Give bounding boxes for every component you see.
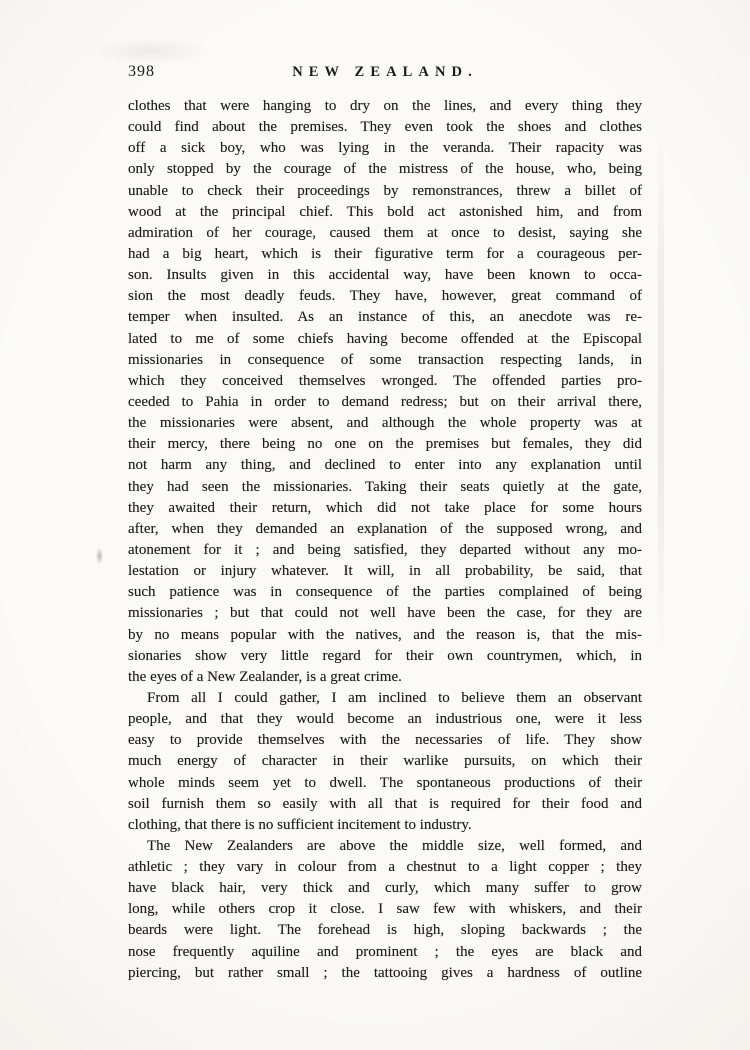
text-line: piercing, but rather small ; the tattooi… bbox=[128, 963, 642, 984]
text-line: people, and that they would become an in… bbox=[128, 709, 642, 730]
text-line: temper when insulted. As an instance of … bbox=[128, 307, 642, 328]
text-line: sion the most deadly feuds. They have, h… bbox=[128, 286, 642, 307]
text-line: could find about the premises. They even… bbox=[128, 117, 642, 138]
text-body: clothes that were hanging to dry on the … bbox=[128, 96, 642, 984]
scanned-book-page: 398 NEW ZEALAND. clothes that were hangi… bbox=[0, 0, 750, 1050]
text-line: easy to provide themselves with the nece… bbox=[128, 730, 642, 751]
text-line: soil furnish them so easily with all tha… bbox=[128, 794, 642, 815]
text-line: after, when they demanded an explanation… bbox=[128, 519, 642, 540]
text-line: lated to me of some chiefs having become… bbox=[128, 329, 642, 350]
text-line: have black hair, very thick and curly, w… bbox=[128, 878, 642, 899]
text-line: From all I could gather, I am inclined t… bbox=[128, 688, 642, 709]
text-line: clothes that were hanging to dry on the … bbox=[128, 96, 642, 117]
text-line: athletic ; they vary in colour from a ch… bbox=[128, 857, 642, 878]
text-line: had a big heart, which is their figurati… bbox=[128, 244, 642, 265]
text-line: missionaries in consequence of some tran… bbox=[128, 350, 642, 371]
text-line: son. Insults given in this accidental wa… bbox=[128, 265, 642, 286]
text-line: only stopped by the courage of the mistr… bbox=[128, 159, 642, 180]
running-header: NEW ZEALAND. bbox=[128, 64, 642, 81]
text-line: they had seen the missionaries. Taking t… bbox=[128, 477, 642, 498]
text-line: atonement for it ; and being satisfied, … bbox=[128, 540, 642, 561]
text-line: The New Zealanders are above the middle … bbox=[128, 836, 642, 857]
text-line: such patience was in consequence of the … bbox=[128, 582, 642, 603]
text-line: not harm any thing, and declined to ente… bbox=[128, 455, 642, 476]
scan-artifact bbox=[658, 120, 664, 660]
text-line: the missionaries were absent, and althou… bbox=[128, 413, 642, 434]
text-line: long, while others crop it close. I saw … bbox=[128, 899, 642, 920]
text-line: wood at the principal chief. This bold a… bbox=[128, 202, 642, 223]
text-line: nose frequently aquiline and prominent ;… bbox=[128, 942, 642, 963]
text-line: admiration of her courage, caused them a… bbox=[128, 223, 642, 244]
text-line: by no means popular with the natives, an… bbox=[128, 625, 642, 646]
text-line: clothing, that there is no sufficient in… bbox=[128, 815, 642, 836]
text-line: the eyes of a New Zealander, is a great … bbox=[128, 667, 642, 688]
scan-artifact bbox=[96, 548, 103, 564]
scan-artifact bbox=[90, 38, 210, 64]
text-line: their mercy, there being no one on the p… bbox=[128, 434, 642, 455]
text-line: missionaries ; but that could not well h… bbox=[128, 603, 642, 624]
text-line: whole minds seem yet to dwell. The spont… bbox=[128, 773, 642, 794]
text-line: beards were light. The forehead is high,… bbox=[128, 920, 642, 941]
text-line: sionaries show very little regard for th… bbox=[128, 646, 642, 667]
page-header: 398 NEW ZEALAND. bbox=[128, 63, 642, 85]
text-line: much energy of character in their warlik… bbox=[128, 751, 642, 772]
text-line: unable to check their proceedings by rem… bbox=[128, 181, 642, 202]
text-line: lestation or injury whatever. It will, i… bbox=[128, 561, 642, 582]
text-line: they awaited their return, which did not… bbox=[128, 498, 642, 519]
text-line: ceeded to Pahia in order to demand redre… bbox=[128, 392, 642, 413]
text-line: off a sick boy, who was lying in the ver… bbox=[128, 138, 642, 159]
text-line: which they conceived themselves wronged.… bbox=[128, 371, 642, 392]
